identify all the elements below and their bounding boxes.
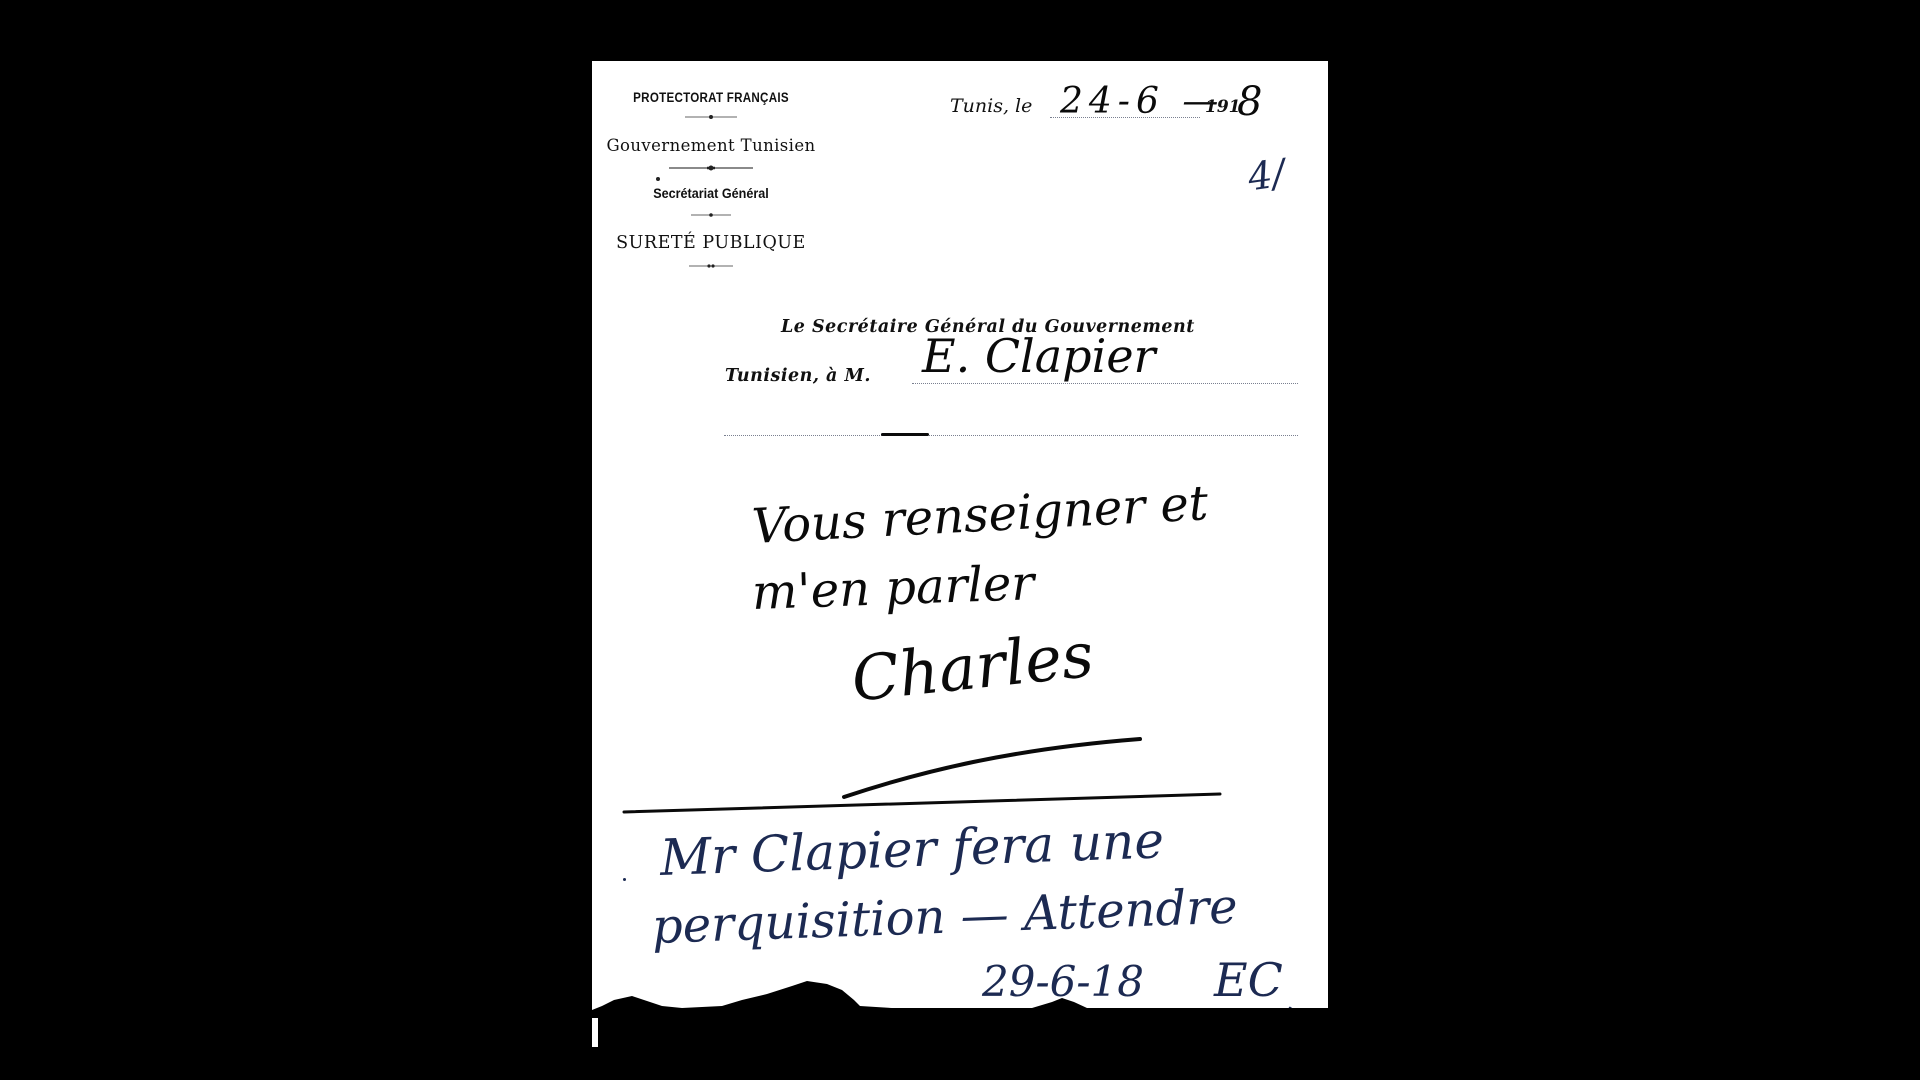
ornament-divider-icon xyxy=(592,164,830,170)
address-line2-prefix: Tunisien, à M. xyxy=(725,366,871,386)
signature-flourish-icon xyxy=(842,731,1142,801)
letterhead-secretariat: Secrétariat Général xyxy=(604,185,818,201)
dateline-year-printed: 191 xyxy=(1205,97,1241,117)
ornament-divider-icon xyxy=(592,263,830,269)
handwritten-recipient: E. Clapier xyxy=(922,329,1156,383)
address-dotted-line-2 xyxy=(724,435,1298,436)
document-viewer: PROTECTORAT FRANÇAIS Gouvernement Tunisi… xyxy=(0,0,1920,1080)
signature: Charles xyxy=(848,618,1097,716)
ink-dot xyxy=(656,177,660,181)
instruction-line2: m'en parler xyxy=(751,555,1035,621)
handwritten-date: 24-6 — xyxy=(1060,81,1224,122)
margin-mark: 4/ xyxy=(1245,151,1288,200)
reply-line2: perquisition — Attendre xyxy=(651,879,1238,955)
dateline-place: Tunis, le xyxy=(950,95,1032,117)
ornament-divider-icon xyxy=(592,114,830,120)
letterhead-surete: SURETÉ PUBLIQUE xyxy=(592,233,830,253)
ink-dot xyxy=(623,878,626,881)
reply-line1: Mr Clapier fera une xyxy=(659,811,1165,887)
recipient-dotted-line xyxy=(912,383,1298,384)
instruction-line1: Vous renseigner et xyxy=(751,475,1210,555)
letter-page: PROTECTORAT FRANÇAIS Gouvernement Tunisi… xyxy=(592,61,1328,1018)
ornament-divider-icon xyxy=(592,212,830,218)
letterhead-gouvernement: Gouvernement Tunisien xyxy=(592,136,830,155)
dateline-year-handwritten: 8 xyxy=(1237,79,1262,125)
letterhead-protectorat: PROTECTORAT FRANÇAIS xyxy=(609,90,814,105)
ink-underline xyxy=(881,433,929,436)
torn-edge xyxy=(592,976,1328,1018)
